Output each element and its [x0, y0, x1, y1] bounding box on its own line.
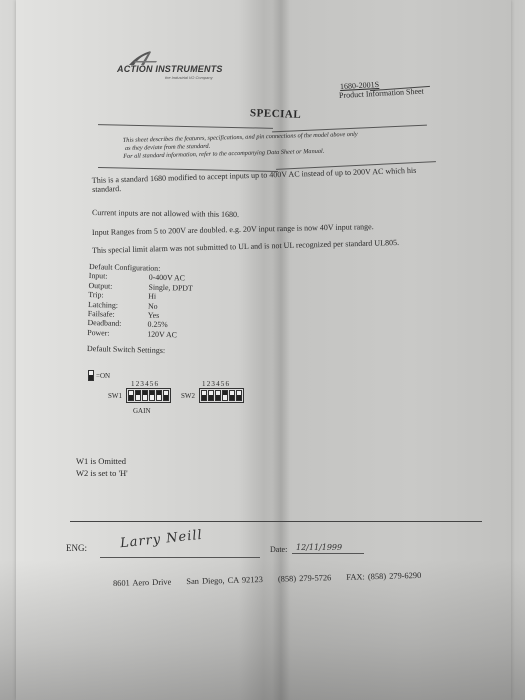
config-row: Power:120V AC [87, 328, 191, 340]
w2-note: W2 is set to 'H' [76, 467, 128, 479]
dip-switch-toggle-on [215, 390, 221, 401]
sw1-position-numbers: 123456 [108, 380, 171, 388]
company-tagline: the Industrial I/O Company [165, 75, 213, 80]
dip-switch-toggle-on [128, 390, 134, 401]
sw1-label: SW1 [108, 392, 122, 400]
signoff-row: ENG: [66, 543, 87, 553]
eng-signature-line [100, 557, 260, 558]
config-label: Power: [87, 328, 147, 339]
dip-switch-toggle-on [208, 390, 214, 401]
sw2-label: SW2 [181, 392, 195, 400]
address: 8601 Aero Drive [113, 577, 172, 588]
sw2-block: 123456 SW2 [181, 380, 244, 403]
dip-switch-toggle-on [236, 390, 242, 401]
dip-switch-toggle-off [149, 390, 155, 401]
phone: (858) 279-5726 [278, 573, 332, 583]
sw1-block: 123456 SW1 GAIN [108, 380, 171, 415]
jumper-notes: W1 is Omitted W2 is set to 'H' [76, 455, 128, 479]
config-value: No [148, 301, 158, 311]
switch-legend: =ON [88, 370, 110, 381]
date-label: Date: [270, 545, 287, 554]
config-value: 120V AC [147, 329, 177, 339]
switch-on-icon [88, 370, 94, 381]
date-value: 12/11/1999 [296, 543, 342, 552]
dip-switch-toggle-on [229, 390, 235, 401]
dip-switch-toggle-on [163, 390, 169, 401]
config-value: 0.25% [147, 320, 167, 330]
sw2-position-numbers: 123456 [181, 380, 244, 388]
dip-switch-toggle-off [156, 390, 162, 401]
document-title: SPECIAL [250, 107, 302, 121]
sw1-caption: GAIN [108, 407, 171, 415]
date-line [292, 553, 364, 554]
sw1-dip-switch [126, 388, 171, 403]
config-value: Hi [148, 292, 156, 302]
switch-legend-text: =ON [96, 372, 110, 380]
company-name: ACTION INSTRUMENTS [117, 64, 223, 74]
eng-label: ENG: [66, 543, 87, 553]
default-configuration: Default Configuration: Input:0-400V AC O… [87, 262, 194, 356]
sw2-dip-switch [199, 388, 244, 403]
dip-switch-toggle-off [142, 390, 148, 401]
w1-note: W1 is Omitted [76, 455, 128, 467]
signature-separator [70, 521, 482, 522]
dip-switch-toggle-off [135, 390, 141, 401]
config-value: Yes [148, 311, 160, 321]
switch-settings: =ON [88, 370, 110, 381]
dip-switch-toggle-on [201, 390, 207, 401]
dip-switch-toggle-off [222, 390, 228, 401]
